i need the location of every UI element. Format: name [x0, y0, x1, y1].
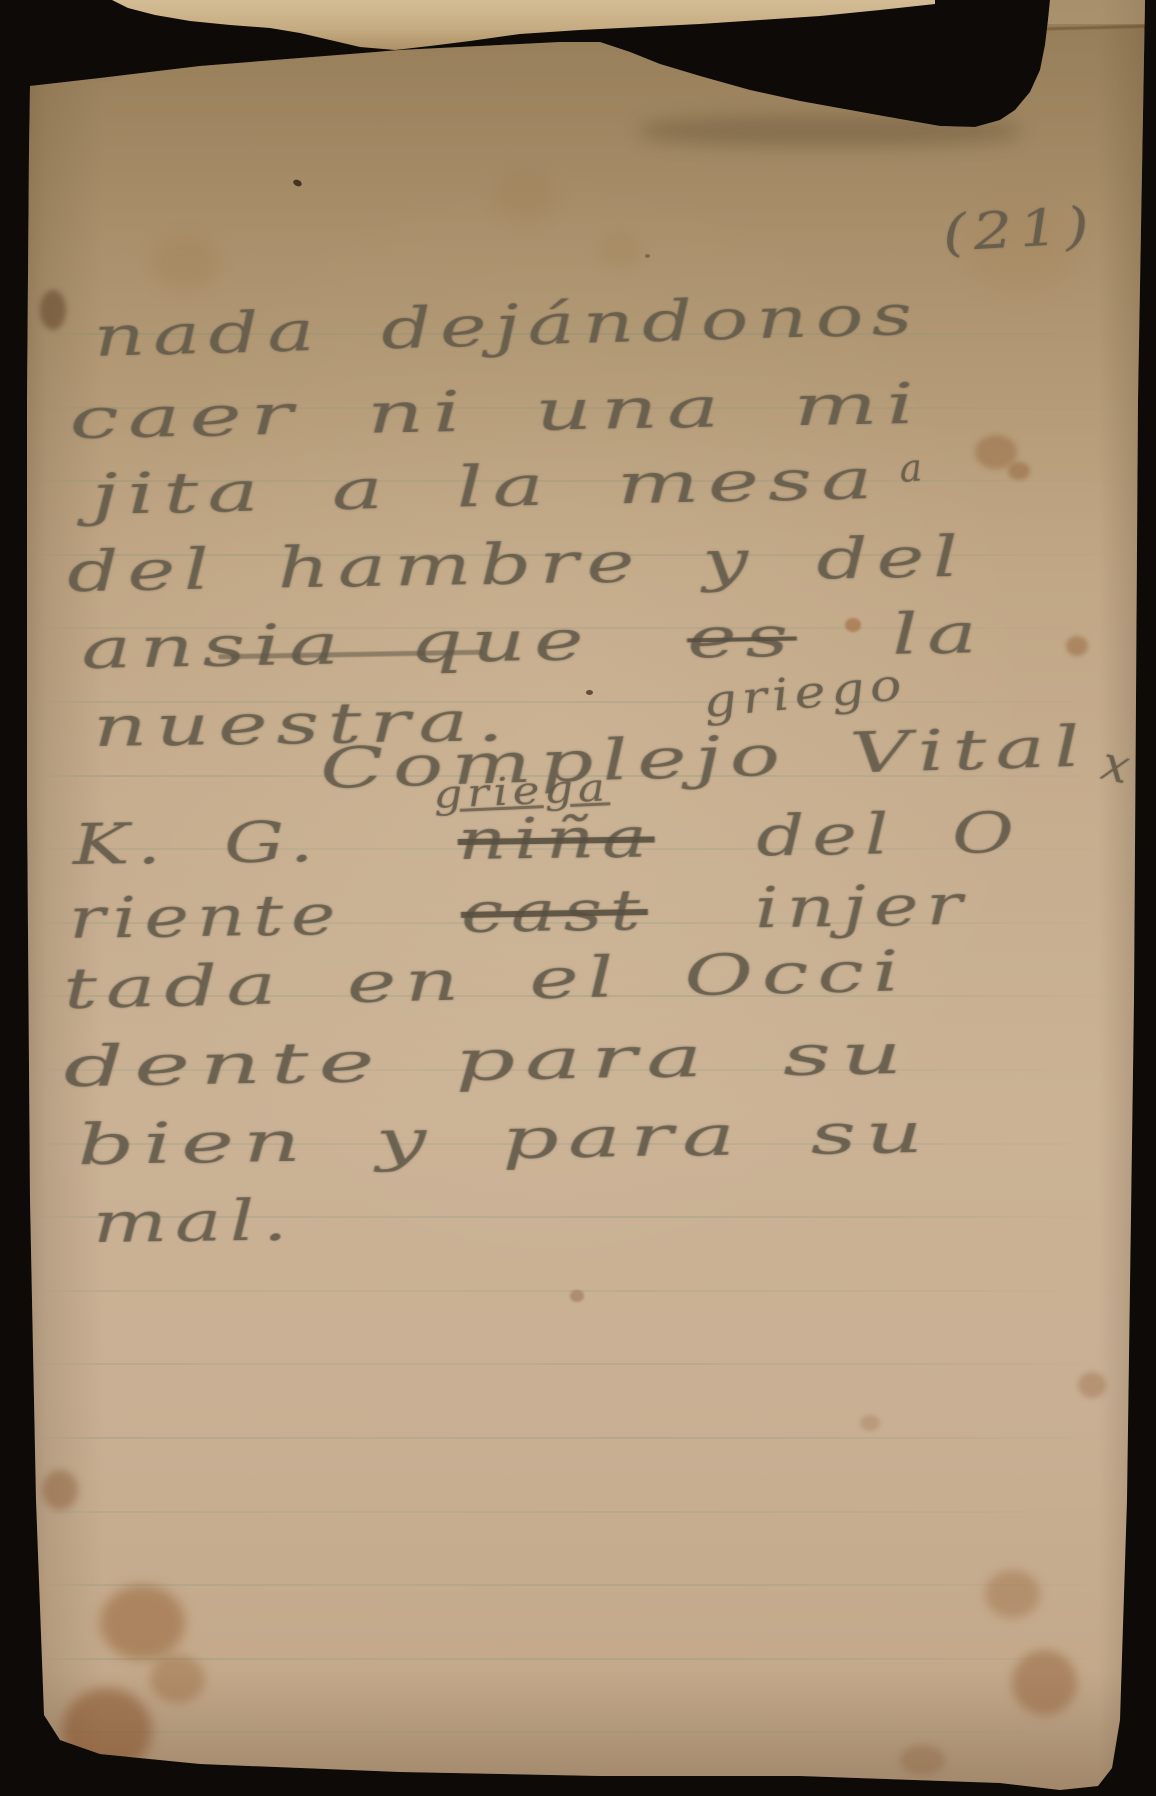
stain: [75, 30, 130, 75]
stain: [1008, 462, 1030, 480]
handwritten-line-2: caer ni una mi: [68, 373, 925, 452]
superscript-a: a: [898, 446, 927, 491]
manuscript-page: (21) nada dejándonos caer ni una mi jita…: [0, 0, 1156, 1796]
stain: [100, 1585, 185, 1660]
line-9-prefix: riente: [68, 884, 344, 953]
handwritten-line-4: del hambre y del: [66, 526, 968, 606]
handwritten-line-3: jita a la mesa: [90, 448, 883, 528]
speck: [645, 254, 650, 258]
handwritten-line-12: bien y para su: [76, 1102, 933, 1178]
speck: [586, 690, 593, 695]
line-3-text: jita a la mesa: [90, 448, 883, 528]
line-5-struck-word: es: [686, 606, 798, 672]
line-9-suffix: injer: [754, 874, 971, 942]
line-5-suffix: la: [890, 602, 986, 668]
handwritten-line-8: K. G. niña del O: [72, 802, 1022, 879]
stain: [150, 1655, 205, 1703]
stain: [62, 1688, 152, 1773]
stain: [495, 172, 555, 220]
stain: [1012, 1650, 1077, 1715]
stain: [42, 1470, 78, 1510]
stain: [150, 235, 220, 290]
line-9-struck-word: cast: [460, 879, 649, 946]
rule-line: [34, 1658, 1134, 1660]
photo-canvas: (21) nada dejándonos caer ni una mi jita…: [0, 0, 1156, 1796]
stain: [570, 1290, 584, 1302]
stain: [600, 235, 640, 267]
rule-line: [34, 1584, 1134, 1586]
handwritten-line-13: mal.: [92, 1189, 296, 1256]
line-5-prefix: ansia que: [80, 609, 593, 682]
handwritten-line-10: tada en el Occi: [62, 940, 909, 1022]
rule-line: [34, 1363, 1134, 1365]
stain: [985, 1570, 1040, 1618]
handwritten-line-1: nada dejándonos: [92, 284, 922, 371]
stain: [900, 1745, 945, 1775]
fold-crease-line: [1044, 25, 1156, 31]
line-8-struck-word: niña: [457, 806, 655, 873]
stain: [860, 1415, 880, 1431]
handwritten-line-11: dente para su: [62, 1023, 913, 1100]
rule-line: [34, 1511, 1134, 1513]
fold-crease: [1044, 0, 1156, 24]
rule-line: [34, 1731, 1134, 1733]
stain: [1066, 636, 1088, 656]
stain: [640, 116, 1020, 146]
line-8-suffix: del O: [756, 802, 1023, 870]
stain: [85, 52, 103, 66]
stain: [1078, 1372, 1106, 1398]
speck: [292, 178, 303, 187]
page-number: (21): [940, 197, 1098, 263]
margin-mark-x: x: [1097, 736, 1140, 797]
stain: [40, 290, 66, 330]
rule-line: [34, 1290, 1134, 1292]
rule-line: [34, 1437, 1134, 1439]
line-8-prefix: K. G.: [72, 811, 322, 879]
